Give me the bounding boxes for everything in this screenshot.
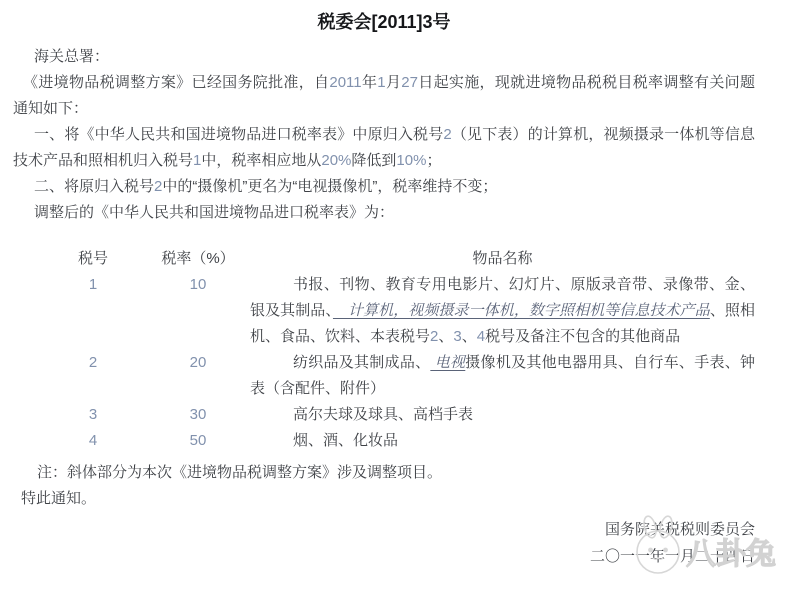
table-body: 1 10 书报、刊物、教育专用电影片、幻灯片、原版录音带、录像带、金、银及其制品… (40, 272, 755, 454)
tax-no-cell: 1 (40, 272, 146, 350)
signature-date: 二〇一一年一月二十四日 (13, 543, 755, 570)
tax-no-cell: 3 (40, 402, 146, 428)
text-run: 降低到 (351, 152, 396, 169)
table-row: 1 10 书报、刊物、教育专用电影片、幻灯片、原版录音带、录像带、金、银及其制品… (40, 272, 755, 350)
text-run: 2011 (329, 74, 361, 91)
paragraph-item-2: 二、将原归入税号2中的“摄像机”更名为“电视摄像机”，税率维持不变； (13, 174, 755, 200)
text-run: 20% (321, 152, 351, 169)
item-name-cell: 高尔夫球及球具、高档手表 (250, 402, 755, 428)
text-run: 2 (443, 126, 451, 143)
document-page: 八卦兔 税委会[2011]3号 海关总署： 《进境物品税调整方案》已经国务院批准… (0, 0, 789, 589)
text-run: 10% (396, 152, 426, 169)
text-run: 高尔夫球及球具、高档手表 (293, 406, 473, 423)
text-run: 《进境物品税调整方案》已经国务院批准，自 (23, 74, 329, 91)
paragraph-intro: 《进境物品税调整方案》已经国务院批准，自2011年1月27日起实施，现就进境物品… (13, 70, 755, 122)
tax-no-cell: 2 (40, 350, 146, 402)
tax-rate-cell: 10 (146, 272, 250, 350)
table-row: 4 50 烟、酒、化妆品 (40, 428, 755, 454)
doc-title: 税委会[2011]3号 (13, 8, 755, 34)
note-line: 注：斜体部分为本次《进境物品税调整方案》涉及调整项目。 (13, 460, 755, 486)
text-run: ； (426, 152, 441, 169)
tax-rate-cell: 20 (146, 350, 250, 402)
signature-block: 国务院关税税则委员会 二〇一一年一月二十四日 (13, 516, 755, 570)
salutation: 海关总署： (13, 44, 755, 70)
tariff-table: 税号 税率（%） 物品名称 1 10 书报、刊物、教育专用电影片、幻灯片、原版录… (13, 246, 755, 454)
text-run: 税号及备注不包含的其他商品 (485, 328, 680, 345)
item-name-cell: 烟、酒、化妆品 (250, 428, 755, 454)
item-name-cell: 书报、刊物、教育专用电影片、幻灯片、原版录音带、录像带、金、银及其制品、 计算机… (250, 272, 755, 350)
adjusted-item-text: 计算机，视频摄录一体机，数字照相机等信息技术产品 (333, 302, 710, 319)
text-run: 、 (438, 328, 453, 345)
header-tax-rate: 税率（%） (146, 246, 250, 272)
signature-issuer: 国务院关税税则委员会 (13, 516, 755, 543)
tax-no-cell: 4 (40, 428, 146, 454)
text-run: 月 (386, 74, 402, 91)
text-run: 一、将《中华人民共和国进境物品进口税率表》中原归入税号 (34, 126, 443, 143)
table-header-row: 税号 税率（%） 物品名称 (40, 246, 755, 272)
text-run: 1 (377, 74, 385, 91)
header-tax-no: 税号 (40, 246, 146, 272)
tax-rate-cell: 30 (146, 402, 250, 428)
paragraph-item-1: 一、将《中华人民共和国进境物品进口税率表》中原归入税号2（见下表）的计算机，视频… (13, 122, 755, 174)
table-row: 3 30 高尔夫球及球具、高档手表 (40, 402, 755, 428)
tax-rate-cell: 50 (146, 428, 250, 454)
text-run: 、 (462, 328, 477, 345)
text-run: 烟、酒、化妆品 (293, 432, 398, 449)
paragraph-table-lead: 调整后的《中华人民共和国进境物品进口税率表》为： (13, 200, 755, 226)
item-name-cell: 纺织品及其制成品、 电视摄像机及其他电器用具、自行车、手表、钟表（含配件、附件） (250, 350, 755, 402)
adjusted-item-text: 电视 (430, 354, 465, 371)
text-run: 4 (477, 328, 485, 345)
text-run: 3 (453, 328, 461, 345)
text-run: 中的“摄像机”更名为“电视摄像机”，税率维持不变； (162, 178, 497, 195)
text-run: 27 (401, 74, 418, 91)
closing-line: 特此通知。 (13, 486, 755, 512)
text-run: 中，税率相应地从 (201, 152, 321, 169)
text-run: 二、将原归入税号 (34, 178, 154, 195)
table-row: 2 20 纺织品及其制成品、 电视摄像机及其他电器用具、自行车、手表、钟表（含配… (40, 350, 755, 402)
text-run: 纺织品及其制成品、 (293, 354, 430, 371)
text-run: 年 (362, 74, 378, 91)
header-item-name: 物品名称 (250, 246, 755, 272)
